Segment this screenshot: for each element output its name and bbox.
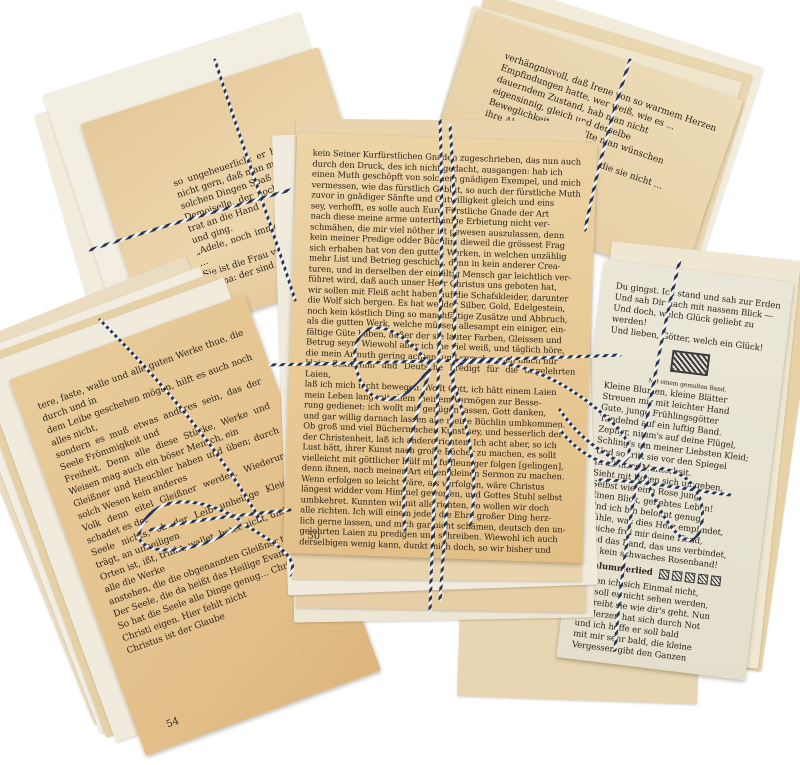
- printer-ornament-icon: [670, 350, 710, 376]
- page-number: 54: [165, 716, 181, 731]
- photo-scene: so ungeheuerlich; er hätte es doch nicht…: [0, 0, 800, 765]
- page-number: 50: [307, 530, 320, 541]
- book-page-center: kein Seiner Kurfürstlichen Gnaden zugesc…: [283, 133, 597, 563]
- ornament-icon: [711, 575, 722, 586]
- ornament-icon: [672, 571, 683, 582]
- ornament-icon: [698, 574, 709, 585]
- bundle-center: kein Seiner Kurfürstlichen Gnaden zugesc…: [270, 110, 610, 630]
- ornament-icon: [659, 569, 670, 580]
- ornament-icon: [685, 572, 696, 583]
